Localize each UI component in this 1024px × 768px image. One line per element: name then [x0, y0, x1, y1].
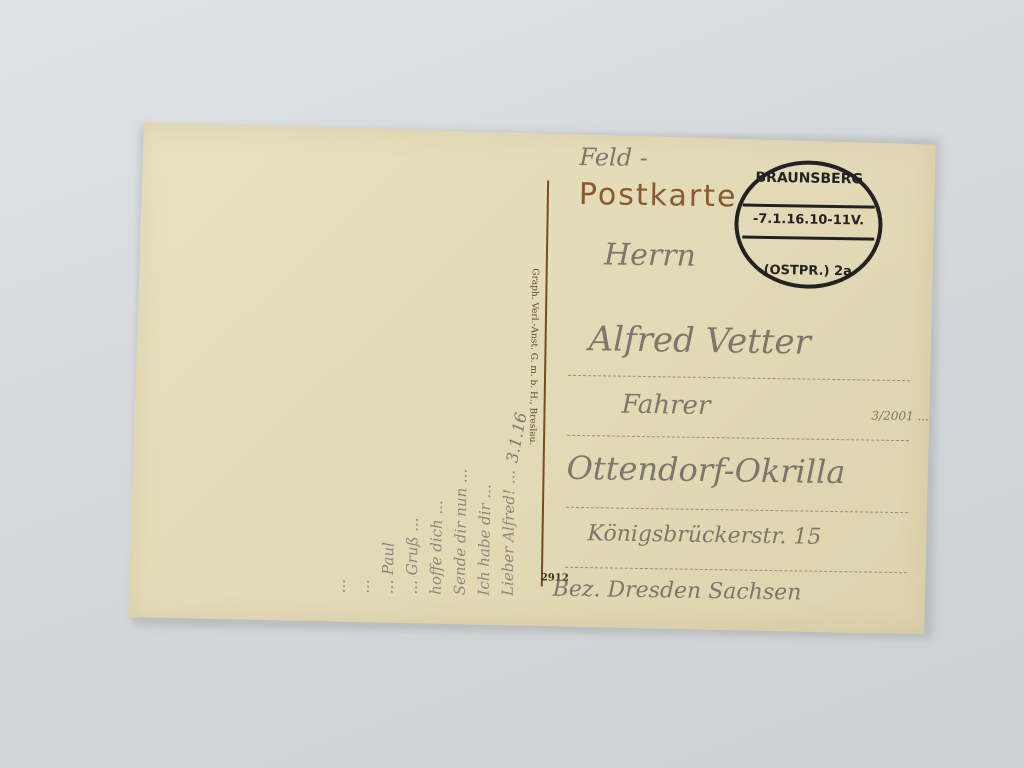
- message-line: ...: [331, 153, 356, 593]
- publisher-imprint: Graph. Verl.-Anst. G. m. b. H., Breslau.: [527, 268, 540, 445]
- photo-scene: Lieber Alfred! ... Ich habe dir ... Send…: [0, 0, 1024, 768]
- message-area: Lieber Alfred! ... Ich habe dir ... Send…: [137, 150, 524, 596]
- address-region: Bez. Dresden Sachsen: [553, 577, 802, 606]
- postmark-region: (OSTPR.) 2a: [738, 262, 878, 279]
- message-line: Lieber Alfred! ...: [499, 156, 524, 596]
- postmark-region-text: (OSTPR.): [764, 263, 830, 279]
- address-line: [567, 435, 909, 441]
- message-line: ... Paul: [379, 154, 404, 594]
- address-street: Königsbrückerstr. 15: [587, 521, 821, 550]
- postmark-date: -7.1.16.10-11V.: [738, 211, 878, 228]
- postcard: Lieber Alfred! ... Ich habe dir ... Send…: [128, 122, 936, 635]
- message-line: hoffe dich ...: [427, 155, 452, 595]
- salutation: Herrn: [604, 237, 696, 273]
- center-divider: [541, 180, 549, 586]
- address-line: [565, 567, 907, 573]
- postmark-code: 2a: [834, 264, 852, 279]
- message-line: Ich habe dir ...: [475, 155, 500, 595]
- margin-note: 3/2001 ...: [871, 409, 929, 424]
- address-line: [568, 375, 910, 381]
- message-line: ... Gruß ...: [403, 154, 428, 594]
- address-town: Ottendorf-Okrilla: [566, 449, 845, 491]
- recipient-title: Fahrer: [621, 390, 710, 421]
- recipient-name: Alfred Vetter: [588, 319, 811, 362]
- message-line: ...: [355, 154, 380, 594]
- postcard-title: Postkarte: [579, 177, 738, 214]
- feld-note: Feld -: [579, 143, 648, 172]
- postmark-bar: [742, 236, 874, 241]
- postmark-bar: [743, 204, 875, 209]
- postmark: BRAUNSBERG -7.1.16.10-11V. (OSTPR.) 2a: [733, 159, 883, 289]
- postmark-city: BRAUNSBERG: [739, 169, 879, 187]
- address-line: [566, 507, 908, 513]
- message-line: Sende dir nun ...: [451, 155, 476, 595]
